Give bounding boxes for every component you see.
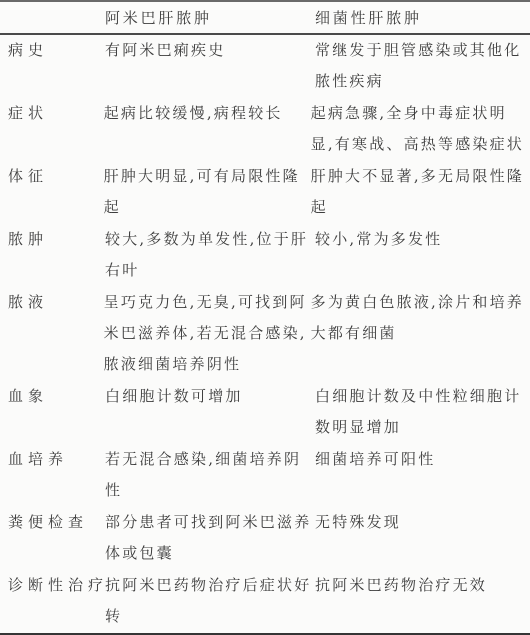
row-label: 粪便检查 — [0, 507, 105, 538]
table-row-pus: 脓液 呈巧克力色,无臭,可找到阿 米巴滋养体,若无混合感染, 脓液细菌培养阴性 … — [0, 287, 530, 380]
table-row-blood-culture: 血培养 若无混合感染,细菌培养阴 性 细菌培养可阳性 — [0, 444, 530, 506]
row-label: 病史 — [0, 35, 105, 66]
cell-line: 显,有寒战、高热等感染症状 — [311, 129, 524, 160]
row-label: 血培养 — [0, 444, 105, 475]
cell-bacterial: 较小,常为多发性 — [315, 224, 530, 255]
row-label: 脓液 — [0, 287, 104, 318]
document-page: 阿米巴肝脓肿 细菌性肝脓肿 病史 有阿米巴痢疾史 常继发于胆管感染或其他化 脓性… — [0, 0, 530, 635]
cell-amebic: 肝肿大明显,可有局限性隆 起 — [104, 161, 311, 223]
cell-line: 右叶 — [105, 255, 315, 286]
cell-line: 呈巧克力色,无臭,可找到阿 — [104, 287, 311, 318]
cell-line: 起 — [311, 192, 524, 223]
row-label: 脓肿 — [0, 224, 105, 255]
cell-bacterial: 肝肿大不显著,多无局限性隆 起 — [311, 161, 530, 223]
table-row-history: 病史 有阿米巴痢疾史 常继发于胆管感染或其他化 脓性疾病 — [0, 35, 530, 97]
cell-amebic: 较大,多数为单发性,位于肝 右叶 — [105, 224, 315, 286]
cell-amebic: 部分患者可找到阿米巴滋养 体或包囊 — [105, 507, 315, 569]
cell-bacterial: 常继发于胆管感染或其他化 脓性疾病 — [315, 35, 530, 97]
cell-line: 性 — [105, 475, 315, 506]
header-amebic-abscess: 阿米巴肝脓肿 — [105, 7, 315, 28]
cell-line: 较大,多数为单发性,位于肝 — [105, 224, 315, 255]
cell-amebic: 白细胞计数可增加 — [105, 381, 315, 412]
cell-line: 数明显增加 — [315, 412, 524, 443]
cell-line: 大都有细菌 — [311, 318, 524, 349]
cell-bacterial: 抗阿米巴药物治疗无效 — [315, 570, 530, 601]
cell-line: 转 — [105, 601, 315, 632]
cell-bacterial: 无特殊发现 — [315, 507, 530, 538]
table-row-signs: 体征 肝肿大明显,可有局限性隆 起 肝肿大不显著,多无局限性隆 起 — [0, 161, 530, 223]
cell-line: 起病急骤,全身中毒症状明 — [311, 98, 524, 129]
table-header-row: 阿米巴肝脓肿 细菌性肝脓肿 — [0, 2, 530, 34]
table-row-stool-exam: 粪便检查 部分患者可找到阿米巴滋养 体或包囊 无特殊发现 — [0, 507, 530, 569]
header-bacterial-abscess: 细菌性肝脓肿 — [315, 7, 530, 28]
cell-line: 常继发于胆管感染或其他化 — [315, 35, 524, 66]
cell-line: 抗阿米巴药物治疗后症状好 — [105, 570, 315, 601]
cell-bacterial: 多为黄白色脓液,涂片和培养 大都有细菌 — [311, 287, 530, 349]
cell-line: 肝肿大不显著,多无局限性隆 — [311, 161, 524, 192]
cell-line: 米巴滋养体,若无混合感染, — [104, 318, 311, 349]
cell-line: 白细胞计数及中性粒细胞计 — [315, 381, 524, 412]
cell-line: 脓液细菌培养阴性 — [104, 349, 311, 380]
cell-bacterial: 白细胞计数及中性粒细胞计 数明显增加 — [315, 381, 530, 443]
cell-amebic: 起病比较缓慢,病程较长 — [104, 98, 311, 129]
cell-amebic: 有阿米巴痢疾史 — [105, 35, 315, 66]
table-row-blood-count: 血象 白细胞计数可增加 白细胞计数及中性粒细胞计 数明显增加 — [0, 381, 530, 443]
cell-line: 起 — [104, 192, 311, 223]
cell-line: 若无混合感染,细菌培养阴 — [105, 444, 315, 475]
cell-line: 细菌培养可阳性 — [315, 444, 524, 475]
cell-line: 多为黄白色脓液,涂片和培养 — [311, 287, 524, 318]
row-label: 症状 — [0, 98, 104, 129]
cell-line: 部分患者可找到阿米巴滋养 — [105, 507, 315, 538]
cell-line: 有阿米巴痢疾史 — [105, 35, 315, 66]
row-label: 血象 — [0, 381, 105, 412]
table-row-symptoms: 症状 起病比较缓慢,病程较长 起病急骤,全身中毒症状明 显,有寒战、高热等感染症… — [0, 98, 530, 160]
table-row-diagnostic-treatment: 诊断性治疗 抗阿米巴药物治疗后症状好 转 抗阿米巴药物治疗无效 — [0, 570, 530, 632]
cell-line: 脓性疾病 — [315, 66, 524, 97]
cell-bacterial: 起病急骤,全身中毒症状明 显,有寒战、高热等感染症状 — [311, 98, 530, 160]
cell-line: 抗阿米巴药物治疗无效 — [315, 570, 524, 601]
table-row-abscess: 脓肿 较大,多数为单发性,位于肝 右叶 较小,常为多发性 — [0, 224, 530, 286]
cell-amebic: 呈巧克力色,无臭,可找到阿 米巴滋养体,若无混合感染, 脓液细菌培养阴性 — [104, 287, 311, 380]
cell-line: 起病比较缓慢,病程较长 — [104, 98, 311, 129]
cell-line: 白细胞计数可增加 — [105, 381, 315, 412]
cell-amebic: 若无混合感染,细菌培养阴 性 — [105, 444, 315, 506]
comparison-table: 阿米巴肝脓肿 细菌性肝脓肿 病史 有阿米巴痢疾史 常继发于胆管感染或其他化 脓性… — [0, 0, 530, 635]
cell-amebic: 抗阿米巴药物治疗后症状好 转 — [105, 570, 315, 632]
row-label: 诊断性治疗 — [0, 570, 105, 601]
cell-line: 较小,常为多发性 — [315, 224, 524, 255]
cell-line: 肝肿大明显,可有局限性隆 — [104, 161, 311, 192]
cell-line: 体或包囊 — [105, 538, 315, 569]
cell-bacterial: 细菌培养可阳性 — [315, 444, 530, 475]
cell-line: 无特殊发现 — [315, 507, 524, 538]
row-label: 体征 — [0, 161, 104, 192]
